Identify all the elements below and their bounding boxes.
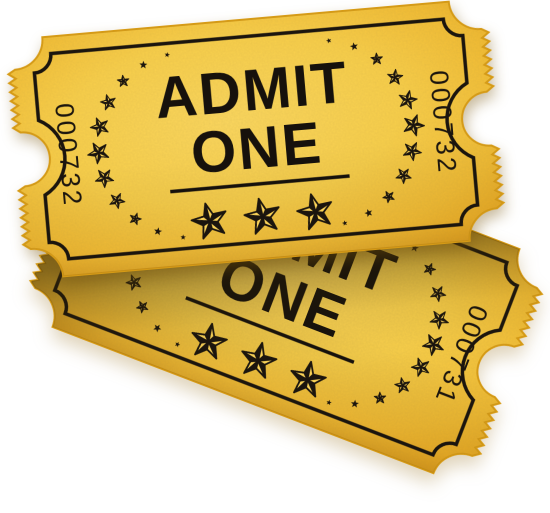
ticket-top: ADMIT ONE 000732 000732 [6,0,506,284]
tickets-photo: ADMIT ONE 000731 000731 [0,0,550,513]
ticket-graphic-top: ADMIT ONE 000732 000732 [6,0,506,284]
one-text: ONE [188,110,325,186]
